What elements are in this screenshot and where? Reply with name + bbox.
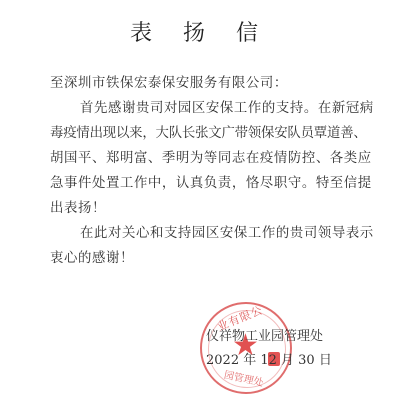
paragraph-line: 衷心的感谢！ — [50, 247, 134, 266]
official-stamp: 业有限公 ★ 园管理处 — [200, 302, 292, 394]
paragraph-line: 急事件处置工作中，认真负责，恪尽职守。特至信提 — [50, 172, 372, 191]
signature-organization: 仪祥物工业园管理处 — [206, 325, 323, 344]
paragraph-line: 在此对关心和支持园区安保工作的贵司领导表示 — [80, 222, 374, 241]
paragraph-line: 毒疫情出现以来，大队长张文广带领保安队员覃道善、 — [50, 122, 367, 141]
paragraph-line: 首先感谢贵司对园区安保工作的支持。在新冠病 — [80, 97, 374, 116]
letter-title: 表 扬 信 — [0, 16, 400, 47]
paragraph-line: 胡国平、郑明富、季明为等同志在疫情防控、各类应 — [50, 147, 372, 166]
salutation: 至深圳市铁保宏泰保安服务有限公司： — [50, 72, 288, 91]
signature-date: 2022 年 12 月 30 日 — [206, 349, 332, 368]
paragraph-line: 出表扬！ — [50, 197, 106, 216]
